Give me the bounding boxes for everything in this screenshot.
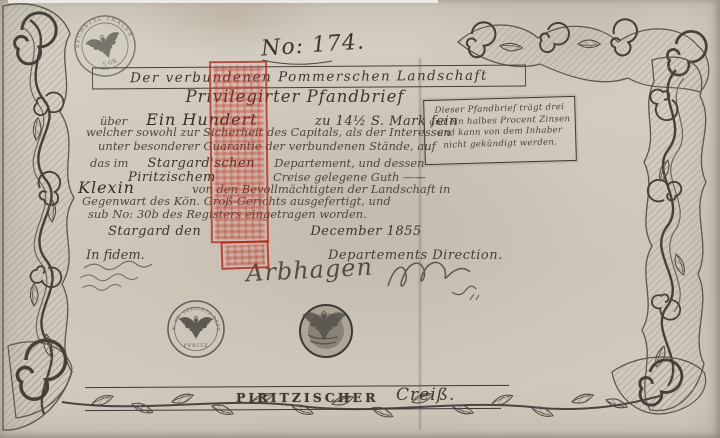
banner-box: Der verbundenen Pommerschen Landschaft [92, 64, 526, 89]
footer-kreis-printed: PIRITZISCHER [236, 390, 378, 405]
footer-rule-bottom [85, 408, 501, 411]
red-stamp-texture [225, 244, 266, 265]
handwritten-place: Stargard den [108, 224, 201, 239]
court-seal: K. PR. GERICHTS-DEPUTATION PYRITZ [168, 301, 224, 357]
document-title: Privilegirter Pfandbrief [150, 87, 440, 106]
in-fidem-label: In fidem. [86, 248, 145, 263]
court-seal-bottom-text: PYRITZ [183, 343, 208, 349]
court-seal-arc-text: K. PR. GERICHTS-DEPUTATION [172, 307, 220, 332]
border-right [642, 57, 706, 411]
tax-stamp-arc-text: SECHSTEL THALER [68, 8, 134, 55]
footer-kreis-script: Creiß. [396, 385, 455, 405]
red-overstamp-box [221, 240, 270, 270]
red-revaluation-overstamp [209, 61, 269, 244]
body-text: das im [90, 156, 128, 170]
dark-seal [300, 305, 352, 357]
body-line: welcher sowohl zur Sicherheit des Capita… [86, 125, 451, 139]
border-left [3, 4, 74, 430]
clerk-signatures [80, 261, 152, 290]
handwritten-date: December 1855 [310, 224, 421, 239]
interest-clause-box: Dieser Pfandbrief trägt drei und ein hal… [423, 96, 577, 165]
red-stamp-texture [213, 65, 265, 240]
border-bottom [8, 340, 706, 418]
svg-text:K. PR. GERICHTS-DEPUTATION: K. PR. GERICHTS-DEPUTATION [172, 307, 220, 332]
certificate-number: No: 174. [237, 28, 388, 63]
scan-edge [8, 0, 438, 3]
document-page: SECHSTEL THALER 5 GR. K. PR. GERICHTS-DE… [0, 0, 720, 438]
director-signature-2 [388, 262, 479, 300]
svg-text:SECHSTEL THALER: SECHSTEL THALER [68, 8, 134, 55]
banner-text: Der verbundenen Pommerschen Landschaft [130, 68, 488, 86]
